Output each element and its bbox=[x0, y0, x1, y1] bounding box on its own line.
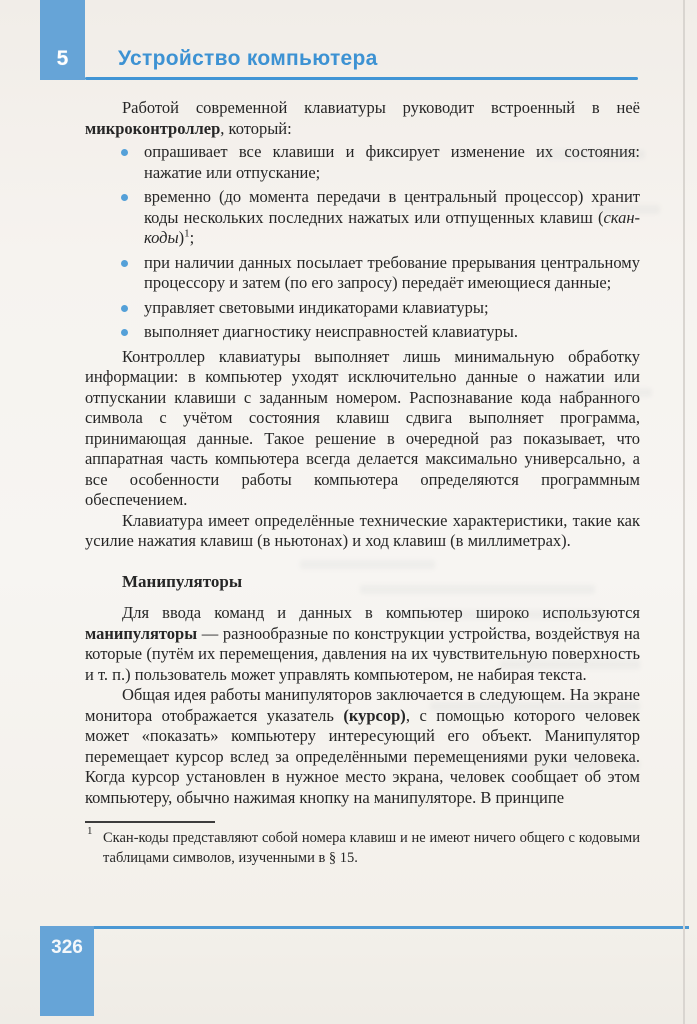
bleed-through-artifact bbox=[545, 150, 645, 159]
bullet-icon bbox=[121, 305, 128, 312]
bullet-icon bbox=[121, 260, 128, 267]
page-body: Работой современной клавиатуры руководит… bbox=[85, 98, 640, 868]
book-page-scan: 5 Устройство компьютера Работой современ… bbox=[0, 0, 697, 1024]
list-item: при наличии данных посылает требование п… bbox=[85, 253, 640, 294]
term-cursor: (курсор) bbox=[343, 706, 405, 725]
list-item-text: временно (до момента передачи в централь… bbox=[144, 187, 640, 247]
term-manipulators: манипуляторы bbox=[85, 624, 197, 643]
bullet-icon bbox=[121, 149, 128, 156]
characteristics-paragraph: Клавиатура имеет определённые технически… bbox=[85, 511, 640, 552]
list-item: управляет световыми индикаторами клавиат… bbox=[85, 298, 640, 319]
controller-paragraph: Контроллер клавиатуры выполняет лишь мин… bbox=[85, 347, 640, 511]
bullet-icon bbox=[121, 194, 128, 201]
list-item: выполняет диагностику неисправностей кла… bbox=[85, 322, 640, 343]
chapter-number-badge: 5 bbox=[40, 0, 85, 80]
list-item-text: выполняет диагностику неисправностей кла… bbox=[144, 322, 518, 341]
page-number: 326 bbox=[51, 937, 83, 1016]
chapter-title: Устройство компьютера bbox=[118, 47, 378, 71]
keyboard-functions-list: опрашивает все клавиши и фиксирует измен… bbox=[85, 142, 640, 343]
page-number-badge: 326 bbox=[40, 926, 94, 1016]
intro-text-end: , который: bbox=[220, 119, 291, 138]
bleed-through-artifact bbox=[430, 702, 640, 711]
bleed-through-artifact bbox=[360, 585, 595, 594]
list-item-text: при наличии данных посылает требование п… bbox=[144, 253, 640, 293]
bullet-icon bbox=[121, 329, 128, 336]
chapter-number: 5 bbox=[57, 47, 69, 71]
footnote-text: Скан-коды представляют собой номера клав… bbox=[103, 830, 640, 866]
intro-text: Работой современной клавиатуры руководит… bbox=[122, 98, 640, 117]
footnote: 1Скан-коды представляют собой номера кла… bbox=[85, 829, 640, 868]
bleed-through-artifact bbox=[500, 660, 640, 669]
footnote-rule bbox=[85, 821, 215, 823]
header-rule bbox=[85, 77, 638, 80]
bleed-through-artifact bbox=[520, 760, 640, 769]
list-item-text: управляет световыми индикаторами клавиат… bbox=[144, 298, 489, 317]
term-microcontroller: микроконтроллер bbox=[85, 119, 220, 138]
list-item-text-end: ; bbox=[190, 228, 195, 247]
list-item: опрашивает все клавиши и фиксирует измен… bbox=[85, 142, 640, 183]
bleed-through-artifact bbox=[598, 205, 660, 214]
list-item-text-pre: временно (до момента передачи в централь… bbox=[144, 187, 640, 227]
list-item-text: опрашивает все клавиши и фиксирует измен… bbox=[144, 142, 640, 182]
list-item: временно (до момента передачи в централь… bbox=[85, 187, 640, 249]
bleed-through-artifact bbox=[560, 388, 652, 397]
footer-rule bbox=[40, 926, 689, 929]
bleed-through-artifact bbox=[300, 560, 435, 569]
intro-paragraph: Работой современной клавиатуры руководит… bbox=[85, 98, 640, 139]
page-edge-line bbox=[683, 0, 685, 1024]
bleed-through-artifact bbox=[420, 610, 605, 619]
